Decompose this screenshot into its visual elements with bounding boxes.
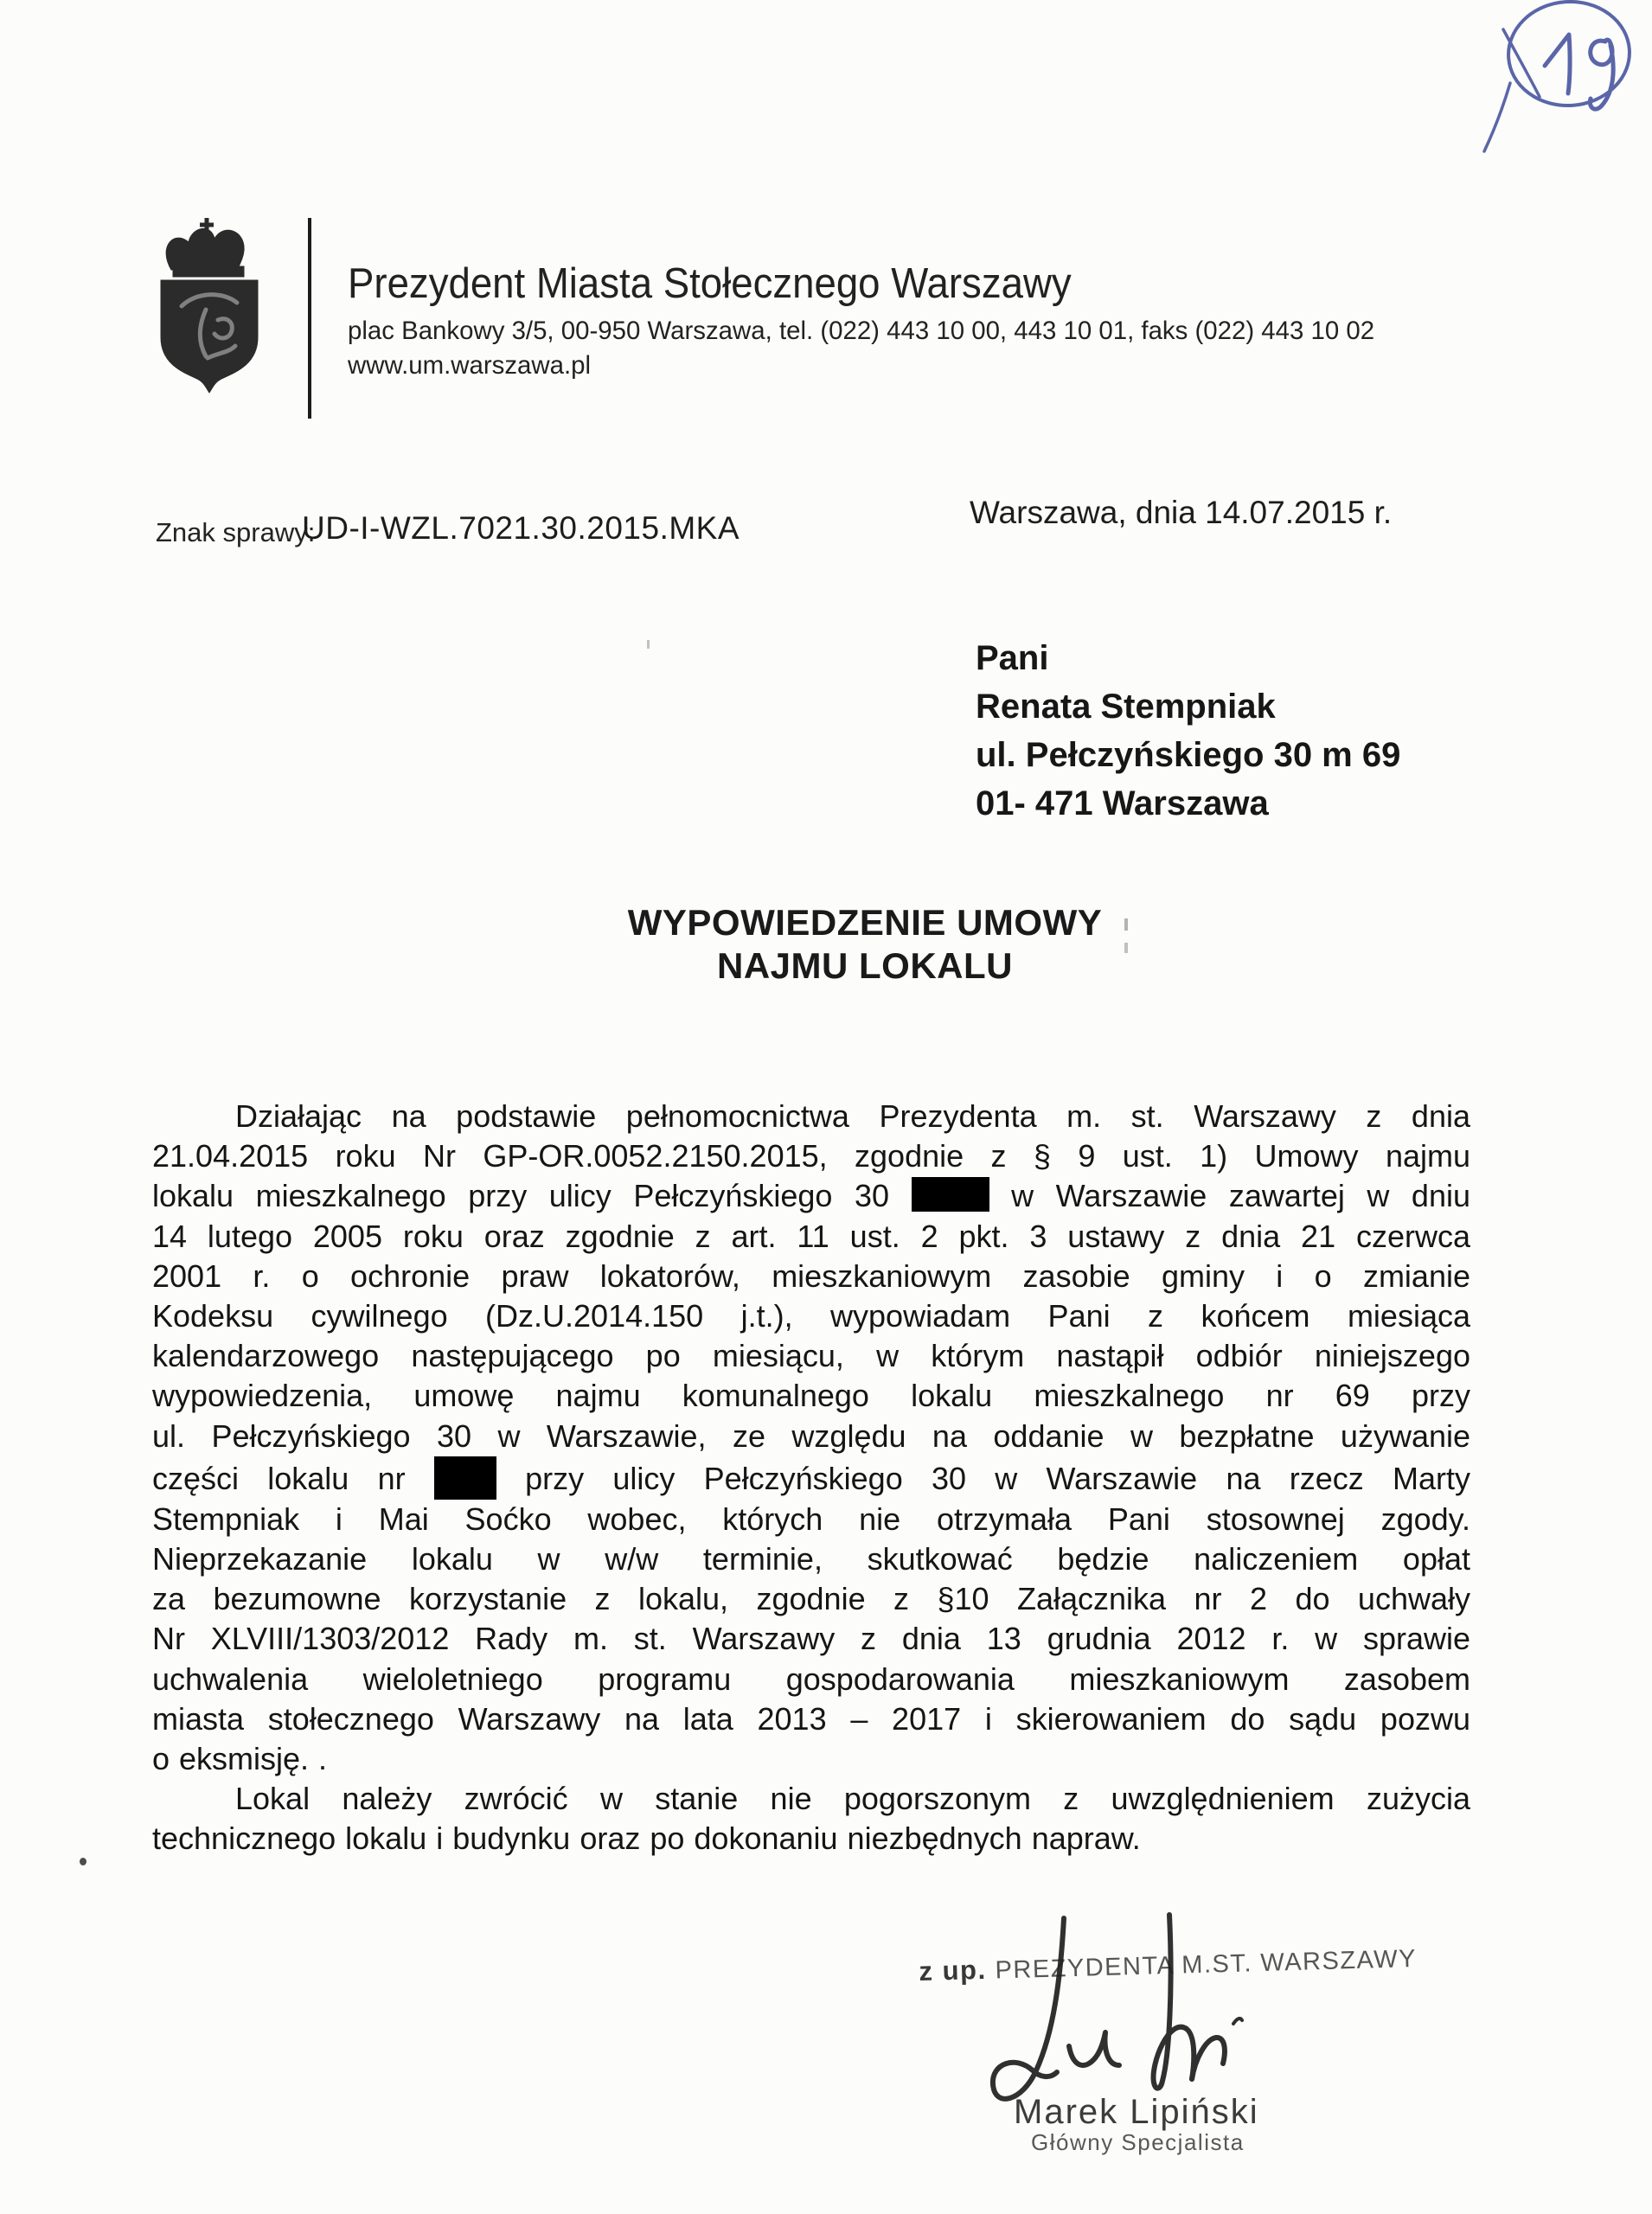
signature-stroke-2 bbox=[1069, 2032, 1119, 2065]
body-line: lokalu mieszkalnego przy ulicy Pełczyńsk… bbox=[152, 1176, 1470, 1216]
letterhead-divider-line bbox=[308, 218, 311, 419]
scan-speck bbox=[1124, 918, 1128, 931]
body-line: uchwalenia wieloletniego programu gospod… bbox=[152, 1660, 1470, 1699]
digit-1-stroke bbox=[1545, 35, 1570, 93]
scan-speck bbox=[1124, 943, 1128, 953]
body-line: Nr XLVIII/1303/2012 Rady m. st. Warszawy… bbox=[152, 1619, 1470, 1659]
scanned-letter-page: 19 Prezydent Miasta Stołecznego Warszawy… bbox=[0, 0, 1652, 2214]
org-name: Prezydent Miasta Stołecznego Warszawy bbox=[348, 259, 1072, 308]
case-number-label: Znak sprawy: bbox=[156, 517, 315, 548]
body-text-segment: Stempniak i Mai Soćko wobec, których nie… bbox=[152, 1501, 1470, 1537]
body-line: 14 lutego 2005 roku oraz zgodnie z art. … bbox=[152, 1217, 1470, 1257]
body-text-segment: lokalu mieszkalnego przy ulicy Pełczyńsk… bbox=[152, 1178, 912, 1213]
body-line: ul. Pełczyńskiego 30 w Warszawie, ze wzg… bbox=[152, 1417, 1470, 1456]
recipient-address-block: Pani Renata Stempniak ul. Pełczyńskiego … bbox=[976, 634, 1400, 828]
letter-body: Działając na podstawie pełnomocnictwa Pr… bbox=[152, 1097, 1470, 1859]
redaction-box bbox=[912, 1177, 989, 1212]
body-line: Lokal należy zwrócić w stanie nie pogors… bbox=[152, 1779, 1470, 1819]
signature-tick bbox=[1233, 2019, 1242, 2024]
body-line: za bezumowne korzystanie z lokalu, zgodn… bbox=[152, 1579, 1470, 1619]
body-line: Stempniak i Mai Soćko wobec, których nie… bbox=[152, 1500, 1470, 1539]
body-text-segment: Nieprzekazanie lokalu w w/w terminie, sk… bbox=[152, 1541, 1470, 1577]
crown-band bbox=[173, 266, 244, 277]
body-line: Działając na podstawie pełnomocnictwa Pr… bbox=[152, 1097, 1470, 1136]
body-line: o eksmisję. . bbox=[152, 1739, 1470, 1779]
document-title-line1: WYPOWIEDZENIE UMOWY bbox=[567, 901, 1163, 944]
recipient-salutation: Pani bbox=[976, 634, 1400, 682]
body-text-segment: o eksmisję. . bbox=[152, 1741, 327, 1776]
body-line: wypowiedzenia, umowę najmu komunalnego l… bbox=[152, 1376, 1470, 1416]
scan-speck bbox=[80, 1858, 86, 1865]
scan-speck bbox=[647, 640, 650, 649]
body-line: 21.04.2015 roku Nr GP-OR.0052.2150.2015,… bbox=[152, 1136, 1470, 1176]
signature-stroke-3 bbox=[1154, 1915, 1194, 2089]
pen-tail-stroke bbox=[1484, 83, 1510, 151]
body-line: części lokalu nr przy ulicy Pełczyńskieg… bbox=[152, 1456, 1470, 1500]
body-text-segment: ul. Pełczyńskiego 30 w Warszawie, ze wzg… bbox=[152, 1418, 1470, 1454]
body-text-segment: wypowiedzenia, umowę najmu komunalnego l… bbox=[152, 1378, 1470, 1413]
place-and-date: Warszawa, dnia 14.07.2015 r. bbox=[970, 495, 1392, 531]
org-website: www.um.warszawa.pl bbox=[348, 351, 591, 381]
document-title-line2: NAJMU LOKALU bbox=[567, 944, 1163, 988]
body-text-segment: Kodeksu cywilnego (Dz.U.2014.150 j.t.), … bbox=[152, 1298, 1470, 1334]
body-line: 2001 r. o ochronie praw lokatorów, miesz… bbox=[152, 1257, 1470, 1296]
crown bbox=[166, 228, 244, 270]
body-text-segment: miasta stołecznego Warszawy na lata 2013… bbox=[152, 1701, 1470, 1737]
body-line: Kodeksu cywilnego (Dz.U.2014.150 j.t.), … bbox=[152, 1296, 1470, 1336]
body-line: technicznego lokalu i budynku oraz po do… bbox=[152, 1819, 1470, 1859]
warsaw-coat-of-arms-logo bbox=[145, 216, 273, 400]
case-number-value: UD-I-WZL.7021.30.2015.MKA bbox=[302, 510, 740, 547]
signer-role: Główny Specjalista bbox=[1031, 2129, 1245, 2156]
recipient-street: ul. Pełczyńskiego 30 m 69 bbox=[976, 731, 1400, 779]
body-text-segment: za bezumowne korzystanie z lokalu, zgodn… bbox=[152, 1581, 1470, 1616]
org-address-line: plac Bankowy 3/5, 00-950 Warszawa, tel. … bbox=[348, 317, 1374, 346]
signer-name: Marek Lipiński bbox=[1014, 2093, 1259, 2132]
redaction-box bbox=[434, 1456, 496, 1500]
body-text-segment: Działając na podstawie pełnomocnictwa Pr… bbox=[235, 1098, 1470, 1134]
recipient-city: 01- 471 Warszawa bbox=[976, 779, 1400, 828]
handwritten-signature bbox=[951, 1894, 1263, 2119]
recipient-name: Renata Stempniak bbox=[976, 682, 1400, 731]
handwritten-page-number: 19 bbox=[1462, 0, 1652, 173]
body-text-segment: 21.04.2015 roku Nr GP-OR.0052.2150.2015,… bbox=[152, 1138, 1470, 1174]
body-text-segment: części lokalu nr bbox=[152, 1461, 434, 1496]
body-text-segment: uchwalenia wieloletniego programu gospod… bbox=[152, 1661, 1470, 1697]
signature-stroke-1 bbox=[993, 1918, 1064, 2099]
body-line: Nieprzekazanie lokalu w w/w terminie, sk… bbox=[152, 1539, 1470, 1579]
body-text-segment: przy ulicy Pełczyńskiego 30 w Warszawie … bbox=[496, 1461, 1470, 1496]
document-title: WYPOWIEDZENIE UMOWY NAJMU LOKALU bbox=[567, 901, 1163, 988]
body-text-segment: Nr XLVIII/1303/2012 Rady m. st. Warszawy… bbox=[152, 1621, 1470, 1656]
body-text-segment: Lokal należy zwrócić w stanie nie pogors… bbox=[235, 1781, 1470, 1816]
body-text-segment: kalendarzowego następującego po miesiącu… bbox=[152, 1338, 1470, 1373]
signature-stroke-4 bbox=[1192, 2038, 1225, 2079]
body-text-segment: 2001 r. o ochronie praw lokatorów, miesz… bbox=[152, 1258, 1470, 1294]
body-text-segment: w Warszawie zawartej w dniu bbox=[989, 1178, 1470, 1213]
body-text-segment: technicznego lokalu i budynku oraz po do… bbox=[152, 1820, 1141, 1856]
shield bbox=[161, 280, 258, 393]
body-line: miasta stołecznego Warszawy na lata 2013… bbox=[152, 1699, 1470, 1739]
body-text-segment: 14 lutego 2005 roku oraz zgodnie z art. … bbox=[152, 1219, 1470, 1254]
body-line: kalendarzowego następującego po miesiącu… bbox=[152, 1336, 1470, 1376]
